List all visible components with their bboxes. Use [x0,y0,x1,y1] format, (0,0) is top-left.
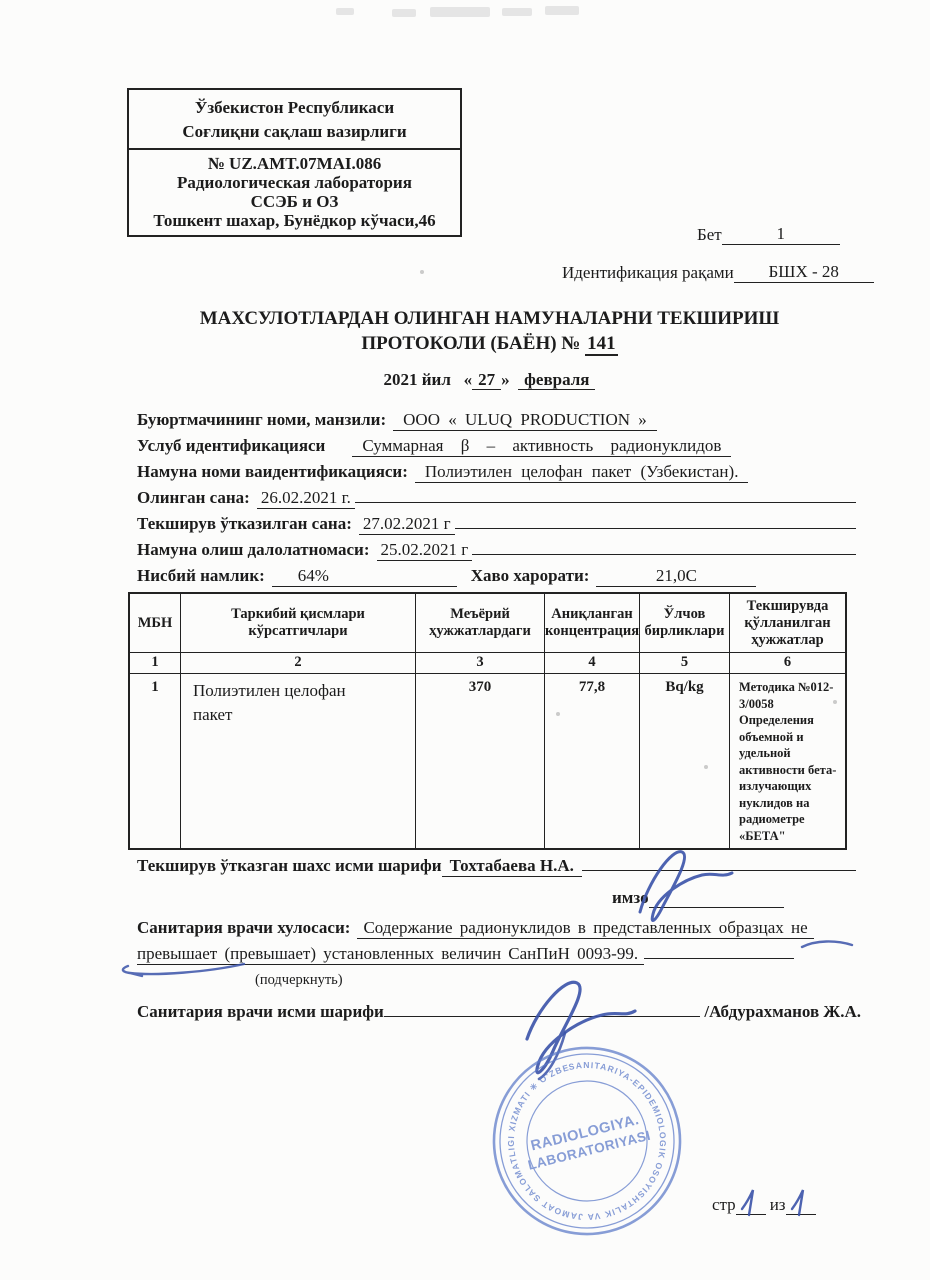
cell-method: Методика №012-3/0058 Определения объемно… [729,674,845,848]
field-label: Намуна номи ваидентификацияси: [137,462,408,482]
footer-of-label: из [770,1195,786,1215]
title-line-2-prefix: ПРОТОКОЛИ (БАЁН) № [361,333,580,354]
col-header: Аниқланган концентрация [544,594,639,652]
field-label: Услуб идентификацияси [137,436,325,456]
letterhead-line: № UZ.AMT.07MAI.086 [131,154,458,173]
underline-fill [644,958,794,959]
field-received-date: Олинган сана: 26.02.2021 г. [137,488,856,514]
field-value: 64% [272,566,457,587]
field-value: ООО « ULUQ PRODUCTION » [393,410,657,431]
col-header: Текширувда қўлланилган ҳужжатлар [729,594,845,652]
cell-mbn: 1 [130,674,180,848]
field-label: Олинган сана: [137,488,250,508]
page-number-value: 1 [722,224,840,245]
scan-noise [545,6,579,15]
field-customer: Буюртмачининг номи, манзили: ООО « ULUQ … [137,410,856,436]
field-label: Текширув ўтказилган сана: [137,514,352,534]
field-method-id: Услуб идентификацияси Суммарная β – акти… [137,436,856,462]
handwritten-total-number [790,1187,808,1217]
letterhead-ministry: Ўзбекистон Республикаси Соғлиқни сақлаш … [129,90,460,150]
doctor-name: /Абдурахманов Ж.А. [704,1002,861,1022]
doctor-label: Санитария врачи исми шарифи [137,1002,384,1022]
quote-close: » [501,370,510,389]
form-fields: Буюртмачининг номи, манзили: ООО « ULUQ … [137,410,856,592]
col-header: Таркибий қисмлари кўрсатгичлари [180,594,415,652]
title-line-2: ПРОТОКОЛИ (БАЁН) № 141 [127,331,852,356]
letterhead-line: Радиологическая лаборатория [131,173,458,192]
table-number-row: 1 2 3 4 5 6 [130,652,845,673]
field-value: Полиэтилен целофан пакет (Узбекистан). [415,462,749,483]
field-value: 27.02.2021 г [359,514,455,535]
footer-page-label: стр [712,1195,736,1215]
letterhead-box: Ўзбекистон Республикаси Соғлиқни сақлаш … [127,88,462,237]
field-sampling-act: Намуна олиш далолатномаси: 25.02.2021 г [137,540,856,566]
footer-total-slot [786,1190,816,1215]
page-label: Бет [697,225,722,244]
date-year: 2021 йил [384,370,451,389]
doctor-line: Санитария врачи исми шарифи /Абдурахмано… [137,1002,861,1022]
letterhead-line: Тошкент шахар, Бунёдкор кўчаси,46 [131,211,458,230]
letterhead-laboratory: № UZ.AMT.07MAI.086 Радиологическая лабор… [129,150,460,235]
cell-sample: Полиэтилен целофан пакет [180,674,395,848]
date-line: 2021 йил «27» февраля [127,370,852,390]
page-number-line: Бет1 [697,224,840,245]
page-counter: стр из [712,1190,816,1215]
field-label: Буюртмачининг номи, манзили: [137,410,386,430]
conclusion-text-1: Содержание радионуклидов в представленны… [357,918,813,939]
col-number: 4 [544,653,639,673]
cell-concentration: 77,8 [544,674,639,848]
document-title: МАХСУЛОТЛАРДАН ОЛИНГАН НАМУНАЛАРНИ ТЕКШИ… [127,306,852,356]
identification-label: Идентификация рақами [562,263,734,282]
date-month: февраля [518,370,595,390]
letterhead-line: ССЭБ и ОЗ [131,192,458,211]
conclusion-line-1: Санитария врачи хулосаси: Содержание рад… [137,918,858,944]
field-humidity-temp: Нисбий намлик: 64% Хаво харорати: 21,0С [137,566,856,592]
scan-noise [502,8,532,16]
inspector-signature-ink [630,842,750,930]
identification-line: Идентификация рақамиБШХ - 28 [562,262,874,283]
table-row: 1 Полиэтилен целофан пакет 370 77,8 Bq/k… [130,673,845,848]
col-header: МБН [130,594,180,652]
col-number: 1 [130,653,180,673]
quote-open: « [464,370,473,389]
col-number: 5 [639,653,729,673]
conclusion-label: Санитария врачи хулосаси: [137,918,350,938]
scanned-protocol-document: Ўзбекистон Республикаси Соғлиқни сақлаш … [0,0,930,1280]
cell-units: Bq/kg [639,674,729,848]
scan-noise [392,9,416,17]
inspector-label: Текширув ўтказган шахс исми шарифи [137,856,442,876]
results-table: МБН Таркибий қисмлари кўрсатгичлари Меъё… [128,592,847,850]
field-test-date: Текширув ўтказилган сана: 27.02.2021 г [137,514,856,540]
col-number: 2 [180,653,415,673]
table-header-row: МБН Таркибий қисмлари кўрсатгичлари Меъё… [130,594,845,652]
cell-norm: 370 [415,674,544,848]
col-header: Ўлчов бирликлари [639,594,729,652]
inspector-name: Тохтабаева Н.А. [442,856,582,877]
identification-value: БШХ - 28 [734,262,874,283]
underline-fill [355,502,856,503]
col-number: 3 [415,653,544,673]
handwritten-page-number [740,1187,758,1217]
scan-noise [336,8,354,15]
col-number: 6 [729,653,845,673]
field-label: Намуна олиш далолатномаси: [137,540,370,560]
col-header: Меъёрий ҳужжатлардаги [415,594,544,652]
underline-fill [455,528,856,529]
field-value: 26.02.2021 г. [257,488,355,509]
scan-speck [420,270,424,274]
letterhead-line: Ўзбекистон Республикаси [133,96,456,120]
field-sample-name: Намуна номи ваидентификацияси: Полиэтиле… [137,462,856,488]
field-label: Нисбий намлик: [137,566,265,586]
field-value: 21,0С [596,566,756,587]
laboratory-stamp: SANITARIYA-EPIDEMIOLOGIK OSOYISHTALIK VA… [487,1041,687,1241]
protocol-number: 141 [585,333,618,356]
pen-underline-ne [798,936,856,952]
letterhead-line: Соғлиқни сақлаш вазирлиги [133,120,456,144]
pen-underline-prevyshaet [116,958,248,982]
field-value: 25.02.2021 г [377,540,473,561]
title-line-1: МАХСУЛОТЛАРДАН ОЛИНГАН НАМУНАЛАРНИ ТЕКШИ… [127,306,852,331]
footer-page-slot [736,1190,766,1215]
date-day: 27 [472,370,501,390]
scan-noise [430,7,490,17]
field-value: Суммарная β – активность радионуклидов [352,436,731,457]
underline-fill [472,554,856,555]
field-label: Хаво харорати: [471,566,590,586]
